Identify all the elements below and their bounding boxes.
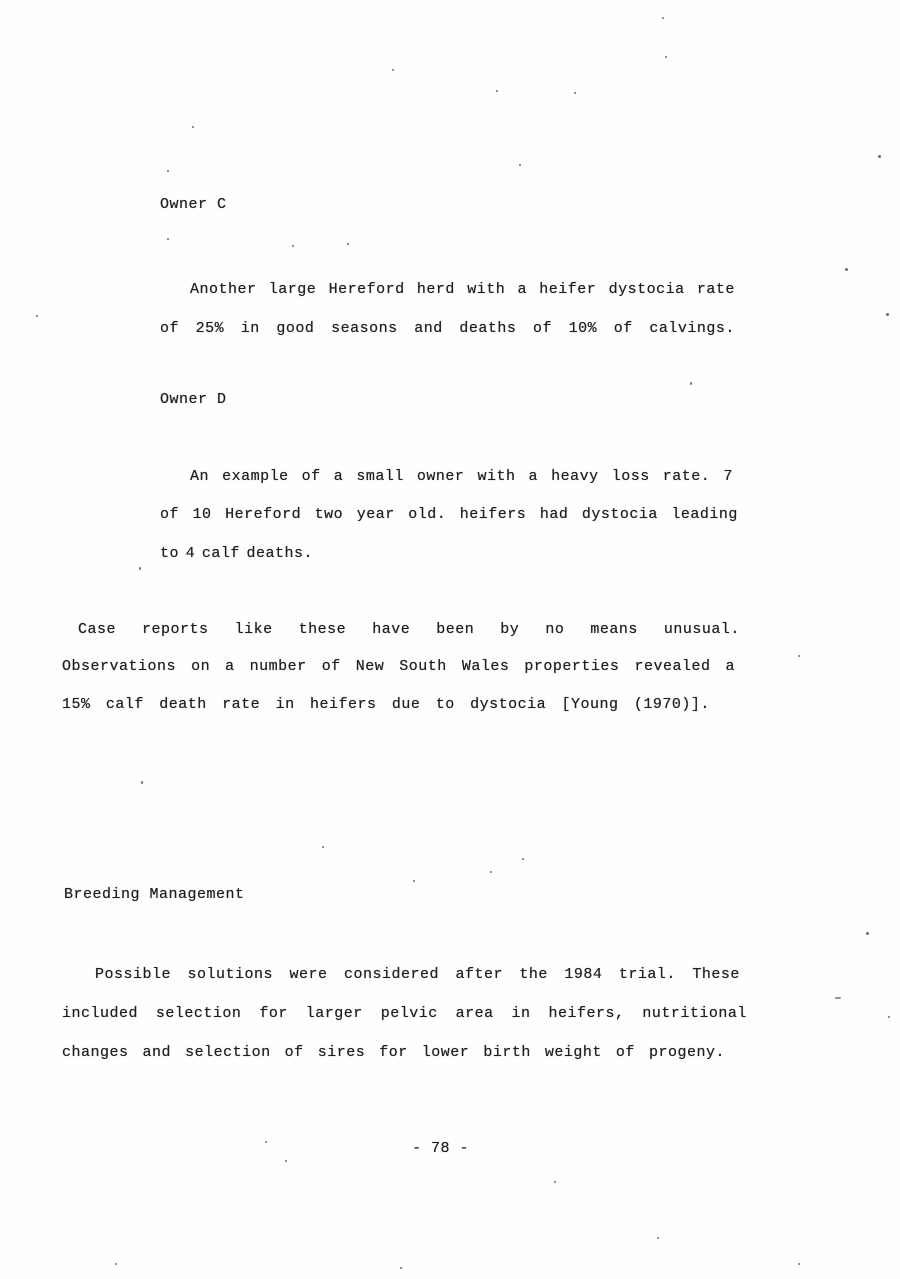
para-breeding-line-3: changesandselectionofsiresforlowerbirthw…	[62, 1044, 725, 1062]
scan-speck	[141, 781, 143, 784]
scan-speck	[798, 655, 800, 657]
scan-speck	[866, 932, 869, 935]
para-owner-d-line-1: Anexampleofasmallownerwithaheavylossrate…	[190, 468, 733, 486]
scan-speck	[574, 92, 576, 94]
scan-speck	[139, 567, 141, 570]
scan-speck	[496, 90, 498, 92]
para-case-reports-line-3: 15%calfdeathrateinheifersduetodystocia[Y…	[62, 696, 710, 714]
scan-speck	[690, 382, 692, 385]
scan-speck	[835, 997, 841, 999]
scan-speck	[347, 243, 349, 245]
scan-speck	[413, 880, 415, 882]
scan-speck	[490, 871, 492, 873]
scan-speck	[888, 1016, 890, 1018]
para-case-reports-line-1: Casereportslikethesehavebeenbynomeansunu…	[78, 621, 740, 639]
scan-speck	[192, 126, 194, 128]
scan-speck	[400, 1267, 402, 1269]
scan-speck	[167, 238, 169, 240]
page-number: - 78 -	[412, 1140, 469, 1158]
scan-speck	[662, 17, 664, 19]
scan-speck	[845, 268, 848, 271]
scan-speck	[167, 170, 169, 172]
scan-speck	[886, 313, 889, 316]
scan-speck	[265, 1141, 267, 1143]
para-owner-d-line-2: of10Herefordtwoyearold.heifershaddystoci…	[160, 506, 738, 524]
para-owner-c-line-1: AnotherlargeHerefordherdwithaheiferdysto…	[190, 281, 735, 299]
scan-speck	[554, 1181, 556, 1183]
scan-speck	[519, 164, 521, 166]
scan-speck	[522, 858, 524, 860]
scan-speck	[878, 155, 881, 158]
scan-speck	[115, 1263, 117, 1265]
scan-speck	[665, 56, 667, 58]
heading-owner-c: Owner C	[160, 196, 227, 214]
heading-owner-d: Owner D	[160, 391, 227, 409]
scan-speck	[657, 1237, 659, 1239]
para-breeding-line-1: Possiblesolutionswereconsideredafterthe1…	[95, 966, 740, 984]
scan-speck	[285, 1160, 287, 1162]
heading-breeding-management: Breeding Management	[64, 886, 245, 904]
scanned-document-page: Owner C AnotherlargeHerefordherdwithahei…	[0, 0, 900, 1279]
scan-speck	[36, 315, 38, 317]
scan-speck	[292, 245, 294, 247]
para-owner-c-line-2: of25%ingoodseasonsanddeathsof10%ofcalvin…	[160, 320, 735, 338]
para-case-reports-line-2: ObservationsonanumberofNewSouthWalesprop…	[62, 658, 735, 676]
para-owner-d-line-3: to4calfdeaths.	[160, 545, 313, 563]
para-breeding-line-2: includedselectionforlargerpelvicareainhe…	[62, 1005, 747, 1023]
scan-speck	[392, 69, 394, 71]
scan-speck	[798, 1263, 800, 1265]
scan-speck	[322, 846, 324, 848]
